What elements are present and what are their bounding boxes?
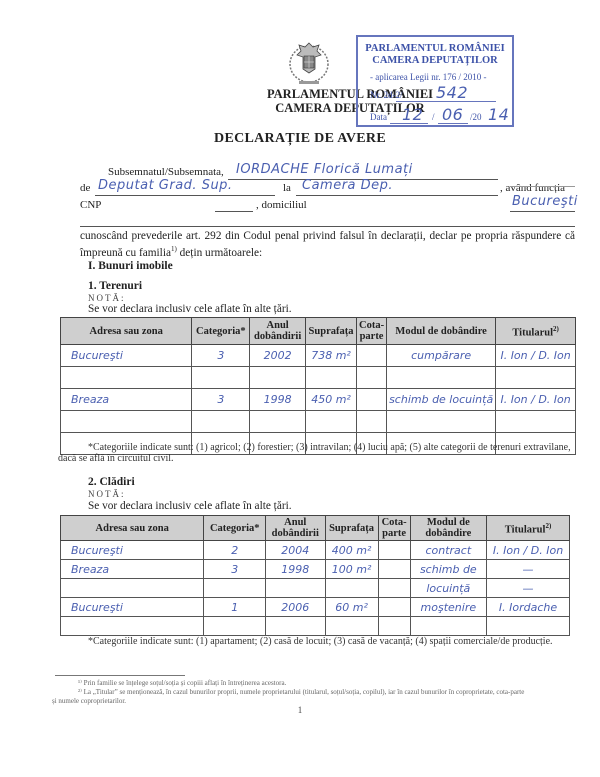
table-cell: — xyxy=(487,560,570,579)
subsemnatul-label: Subsemnatul/Subsemnata, xyxy=(108,166,224,178)
table-cell xyxy=(496,367,576,389)
column-header: Categoria* xyxy=(204,516,266,541)
terenuri-title: 1. Terenuri xyxy=(88,280,142,292)
column-header: Adresa sau zona xyxy=(61,318,192,345)
table-cell: 3 xyxy=(204,560,266,579)
table-cell: 3 xyxy=(192,389,250,411)
table-cell: 450 m² xyxy=(306,389,357,411)
intro-paragraph: cunoscând prevederile art. 292 din Codul… xyxy=(80,230,575,260)
table-cell: 400 m² xyxy=(325,541,378,560)
stamp-day: 12 xyxy=(402,105,423,124)
table-row: Bucureşti22004400 m²contractI. Ion / D. … xyxy=(61,541,570,560)
table-row xyxy=(61,411,576,433)
stamp-sep: / xyxy=(432,112,435,122)
table-cell xyxy=(387,411,496,433)
stamp-law: - aplicarea Legii nr. 176 / 2010 - xyxy=(370,72,486,82)
document-title: DECLARAȚIE DE AVERE xyxy=(0,131,600,147)
table-row xyxy=(61,367,576,389)
table-cell: 1 xyxy=(204,598,266,617)
table-cell xyxy=(306,367,357,389)
table-cell xyxy=(410,617,486,636)
stamp-title: PARLAMENTUL ROMÂNIEI CAMERA DEPUTAȚILOR xyxy=(358,43,512,67)
terenuri-nota: NOTĂ: xyxy=(88,293,126,303)
terenuri-note: Se vor declara inclusiv cele aflate în a… xyxy=(88,303,292,315)
table-cell: 2 xyxy=(204,541,266,560)
cladiri-footnote: *Categoriile indicate sunt: (1) apartame… xyxy=(88,636,553,647)
stamp-line1: PARLAMENTUL ROMÂNIEI xyxy=(358,43,512,55)
table-cell: Bucureşti xyxy=(61,541,204,560)
registration-stamp: PARLAMENTUL ROMÂNIEI CAMERA DEPUTAȚILOR … xyxy=(356,35,514,127)
table-row: locuință— xyxy=(61,579,570,598)
table-row: Bucureşti1200660 m²moştenireI. Iordache xyxy=(61,598,570,617)
table-cell xyxy=(192,411,250,433)
table-cell xyxy=(325,617,378,636)
table-cell: I. Ion / D. Ion xyxy=(487,541,570,560)
table-cell xyxy=(61,411,192,433)
table-cell xyxy=(204,617,266,636)
cladiri-title: 2. Clădiri xyxy=(88,476,135,488)
table-cell xyxy=(325,579,378,598)
table-cell: I. Iordache xyxy=(487,598,570,617)
page-number: 1 xyxy=(0,705,600,715)
table-cell xyxy=(192,367,250,389)
table-cell xyxy=(250,411,306,433)
table-cell: 1998 xyxy=(266,560,325,579)
table-cell xyxy=(378,560,410,579)
table-cell: 1998 xyxy=(250,389,306,411)
table-row xyxy=(61,617,570,636)
cladiri-table: Adresa sau zonaCategoria*Anul dobândirii… xyxy=(60,515,570,636)
section-bunuri-imobile: I. Bunuri imobile xyxy=(88,260,173,272)
declarant-name: IORDACHE Florică Lumați xyxy=(236,162,413,177)
coat-of-arms-icon xyxy=(285,37,333,87)
table-cell xyxy=(378,598,410,617)
table-cell: 2004 xyxy=(266,541,325,560)
table-cell xyxy=(61,579,204,598)
table-cell xyxy=(356,411,386,433)
stamp-nr-value: 542 xyxy=(436,83,468,102)
table-cell xyxy=(378,579,410,598)
table-cell: Breaza xyxy=(61,389,192,411)
column-header: Suprafața xyxy=(325,516,378,541)
table-cell: 738 m² xyxy=(306,345,357,367)
table-cell: schimb de xyxy=(410,560,486,579)
table-cell xyxy=(378,617,410,636)
cnp-label: CNP xyxy=(80,199,101,211)
column-header: Adresa sau zona xyxy=(61,516,204,541)
intro-end: dețin următoarele: xyxy=(177,247,262,259)
terenuri-footnote-1: *Categoriile indicate sunt: (1) agricol;… xyxy=(88,442,571,453)
column-header: Suprafața xyxy=(306,318,357,345)
table-cell xyxy=(496,411,576,433)
table-cell: locuință xyxy=(410,579,486,598)
table-row: Bucureşti32002738 m²cumpărareI. Ion / D.… xyxy=(61,345,576,367)
column-header: Titularul2) xyxy=(487,516,570,541)
column-header: Titularul2) xyxy=(496,318,576,345)
titular-footnote-ref: 2) xyxy=(553,325,559,333)
column-header: Cota-parte xyxy=(378,516,410,541)
table-cell: 2002 xyxy=(250,345,306,367)
de-label: de xyxy=(80,182,90,194)
table-cell xyxy=(266,579,325,598)
declarant-institution: Camera Dep. xyxy=(302,178,393,193)
stamp-year-prefix: /20 xyxy=(470,112,482,122)
terenuri-table: Adresa sau zonaCategoria*Anul dobândirii… xyxy=(60,317,576,455)
column-header: Cota-parte xyxy=(356,318,386,345)
table-cell: I. Ion / D. Ion xyxy=(496,345,576,367)
table-cell: Breaza xyxy=(61,560,204,579)
stamp-month: 06 xyxy=(442,105,463,124)
declarant-domicile: Bucureşti xyxy=(512,194,578,209)
table-cell xyxy=(387,367,496,389)
table-cell xyxy=(356,389,386,411)
table-cell: Bucureşti xyxy=(61,345,192,367)
terenuri-footnote-2: dacă se află în circuitul civil. xyxy=(58,453,174,464)
table-cell: contract xyxy=(410,541,486,560)
footnote-1: ¹⁾ Prin familie se înțelege soțul/soția … xyxy=(78,679,286,688)
stamp-year-suffix: 14 xyxy=(488,105,509,124)
table-cell: cumpărare xyxy=(387,345,496,367)
table-cell: — xyxy=(487,579,570,598)
declarant-function: Deputat Grad. Sup. xyxy=(98,178,233,193)
table-cell: schimb de locuință xyxy=(387,389,496,411)
table-cell xyxy=(266,617,325,636)
cladiri-nota: NOTĂ: xyxy=(88,489,126,499)
column-header-label: Titularul xyxy=(512,327,553,338)
column-header: Anul dobândirii xyxy=(250,318,306,345)
table-cell: 2006 xyxy=(266,598,325,617)
column-header: Modul de dobândire xyxy=(410,516,486,541)
table-cell: 3 xyxy=(192,345,250,367)
table-row: Breaza31998100 m²schimb de— xyxy=(61,560,570,579)
table-cell xyxy=(61,367,192,389)
table-cell xyxy=(306,411,357,433)
cladiri-note: Se vor declara inclusiv cele aflate în a… xyxy=(88,500,292,512)
table-cell xyxy=(250,367,306,389)
stamp-line2: CAMERA DEPUTAȚILOR xyxy=(358,55,512,67)
intro-text: cunoscând prevederile art. 292 din Codul… xyxy=(80,230,575,259)
avand-functia-label: , având funcția xyxy=(500,182,565,194)
table-cell: Bucureşti xyxy=(61,598,204,617)
table-cell xyxy=(61,617,204,636)
table-cell xyxy=(204,579,266,598)
table-cell xyxy=(356,367,386,389)
table-cell xyxy=(356,345,386,367)
table-cell xyxy=(487,617,570,636)
table-cell: 60 m² xyxy=(325,598,378,617)
table-cell: moştenire xyxy=(410,598,486,617)
table-cell: I. Ion / D. Ion xyxy=(496,389,576,411)
stamp-nr-label: Nr. 2d-2/ xyxy=(370,90,403,100)
table-row: Breaza31998450 m²schimb de locuințăI. Io… xyxy=(61,389,576,411)
table-cell xyxy=(378,541,410,560)
column-header: Anul dobândirii xyxy=(266,516,325,541)
stamp-data-label: Data xyxy=(370,112,387,122)
titular-footnote-ref: 2) xyxy=(545,522,551,530)
table-cell: 100 m² xyxy=(325,560,378,579)
footnote-2: ²⁾ La „Titular” se menționează, în cazul… xyxy=(78,688,524,697)
column-header-label: Titularul xyxy=(505,524,546,535)
domiciliul-label: , domiciliul xyxy=(256,199,307,211)
la-label: la xyxy=(283,182,291,194)
column-header: Modul de dobândire xyxy=(387,318,496,345)
column-header: Categoria* xyxy=(192,318,250,345)
